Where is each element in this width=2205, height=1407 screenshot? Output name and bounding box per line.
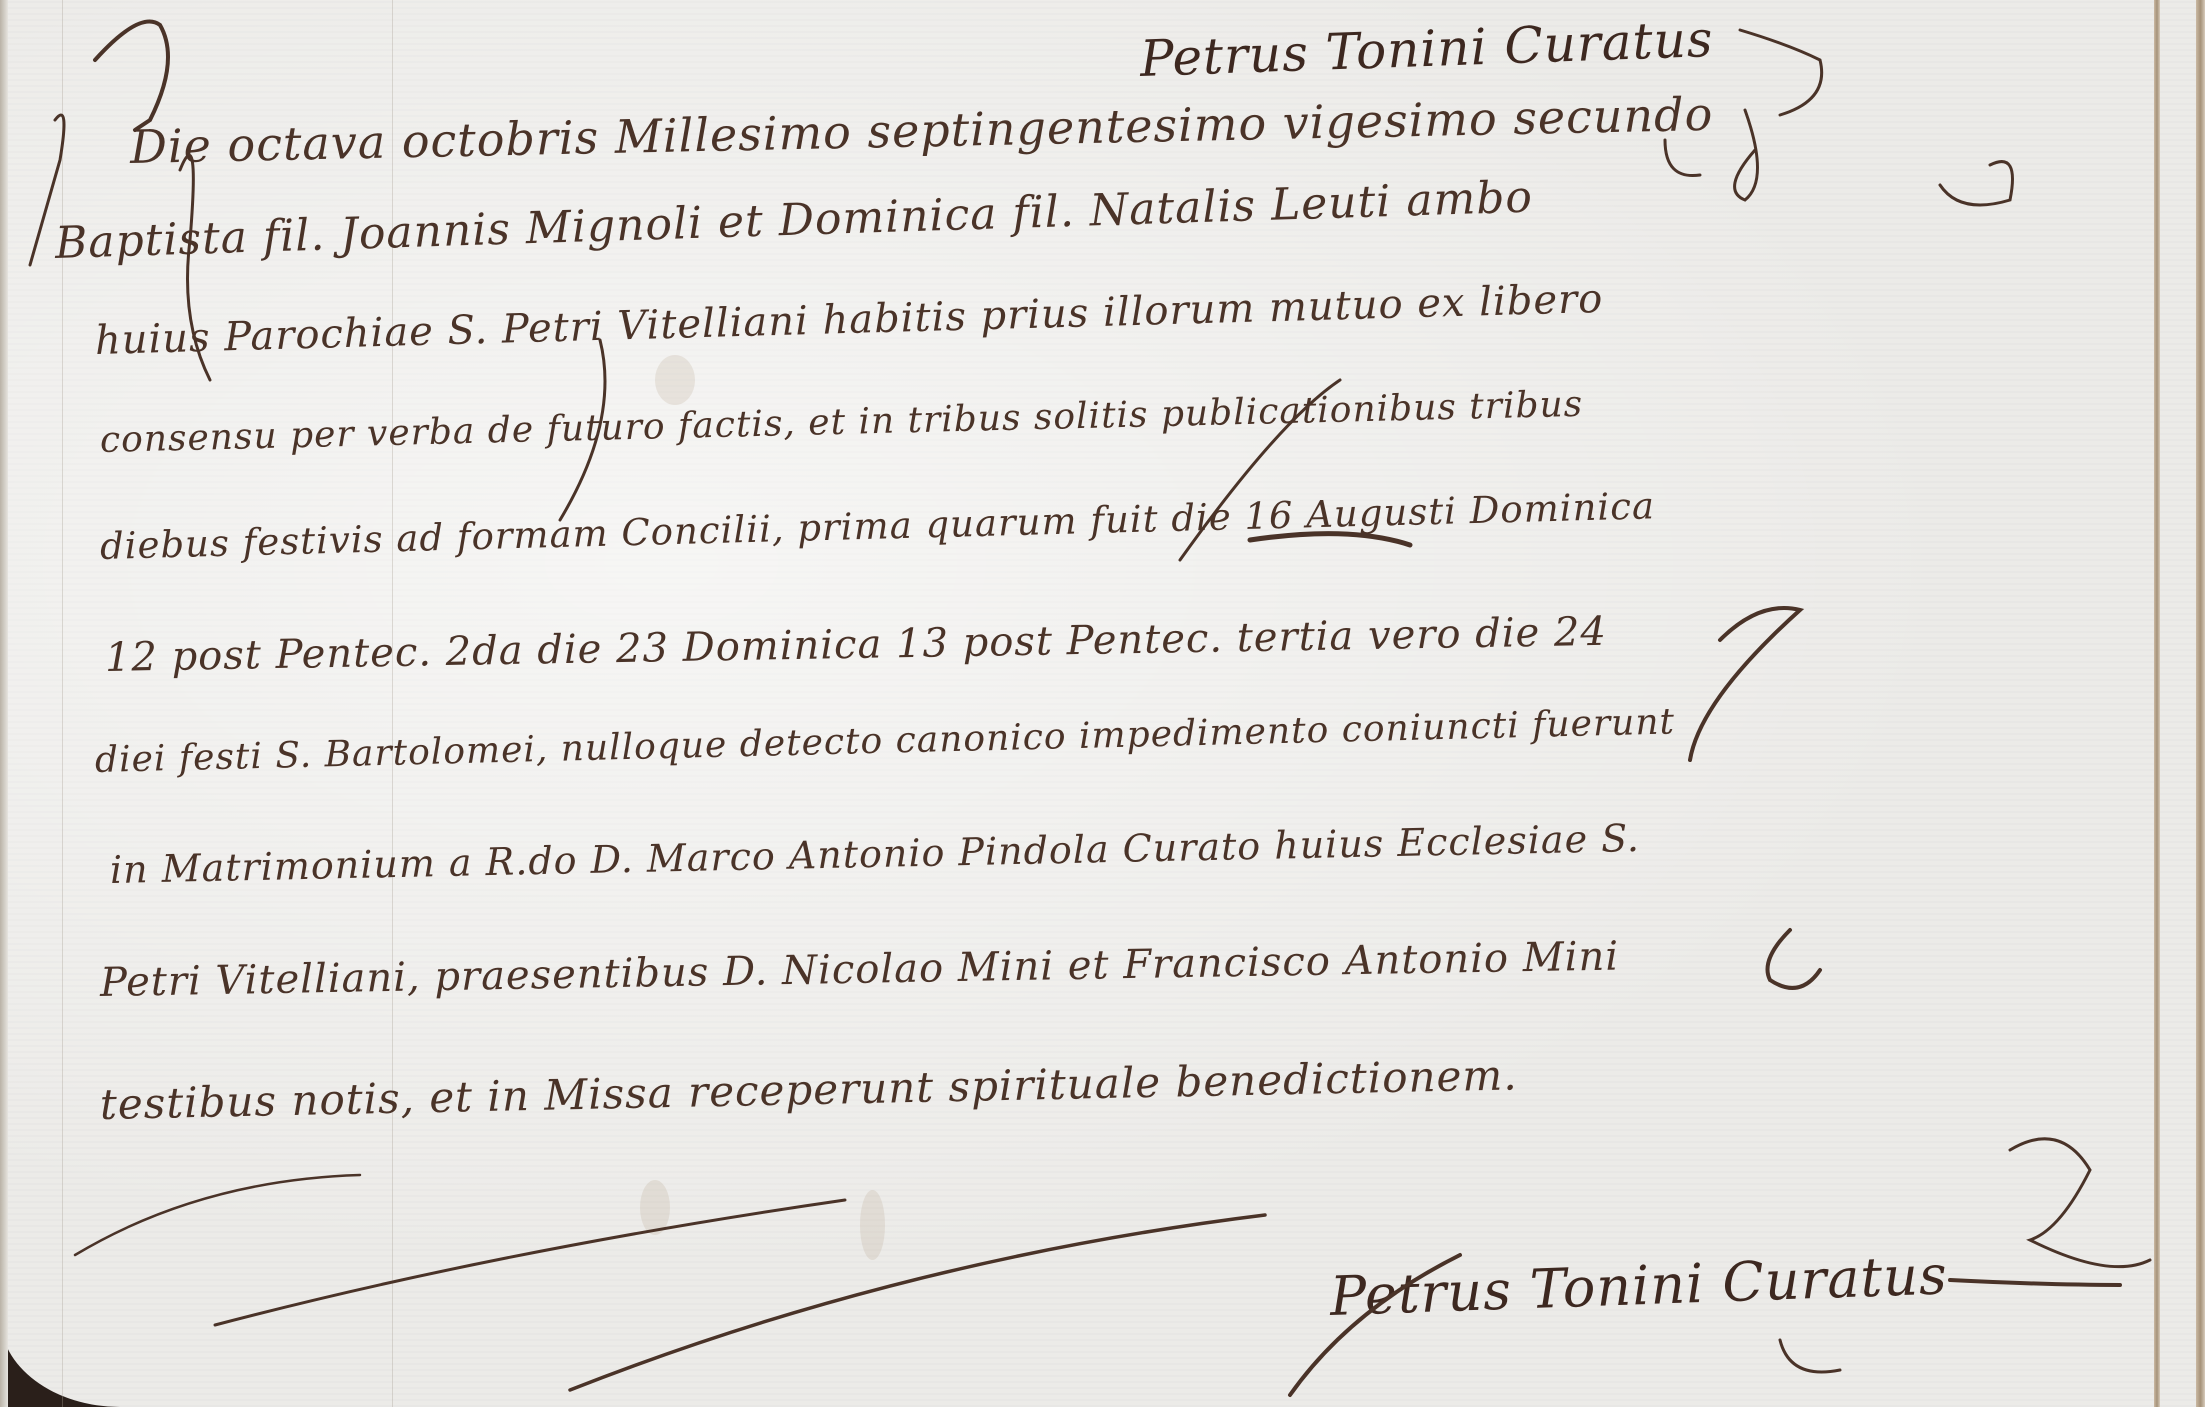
ink-flourishes — [0, 0, 2205, 1407]
flourish-strokes — [30, 22, 2150, 1395]
register-page: Petrus Tonini Curatus Die octava octobri… — [0, 0, 2205, 1407]
